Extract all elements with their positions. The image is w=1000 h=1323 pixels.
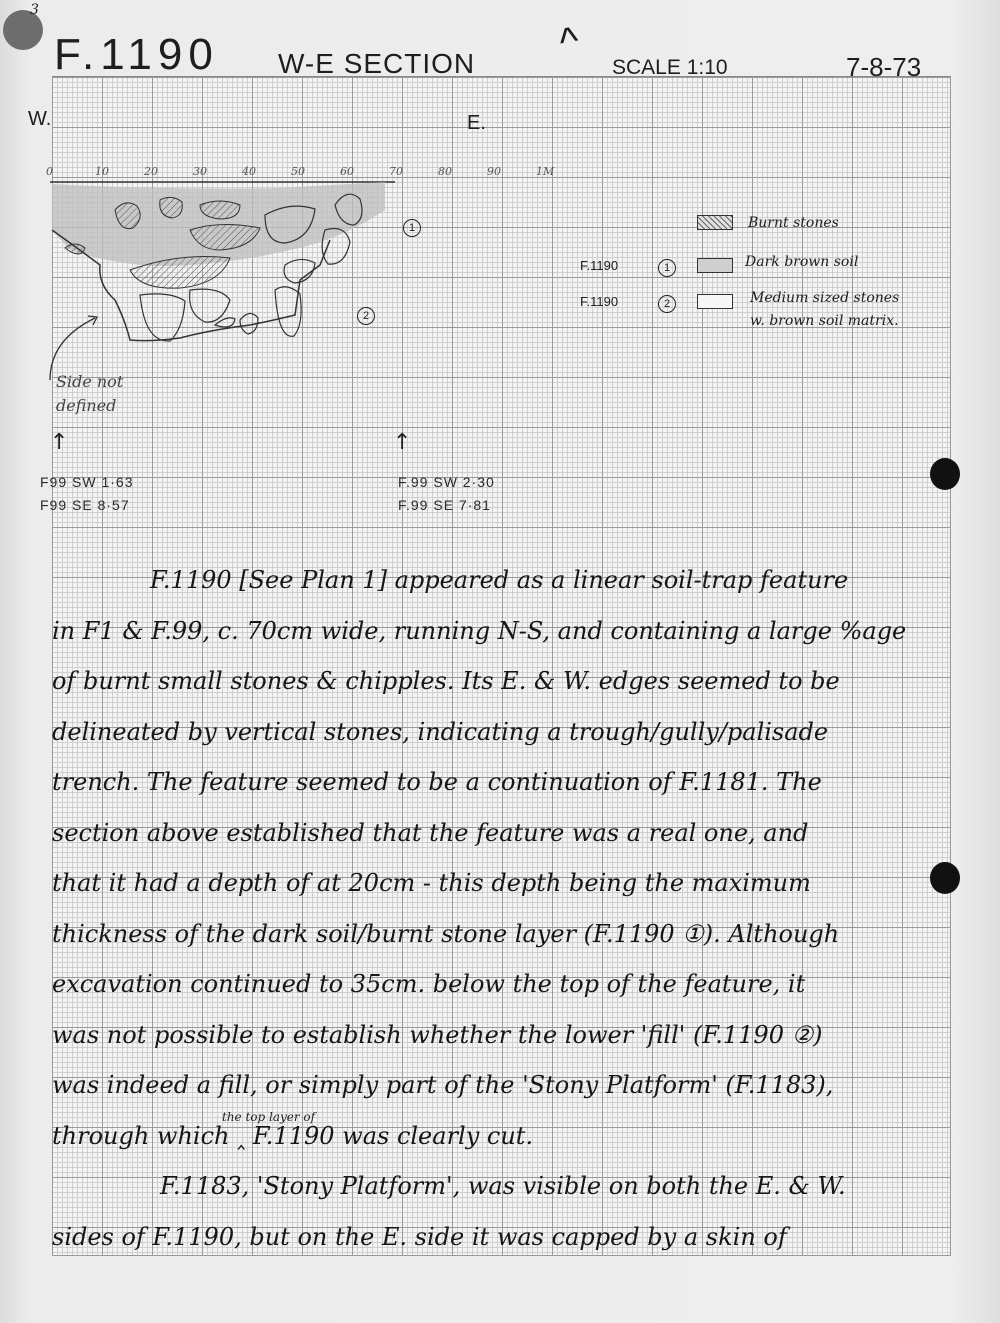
note-line: sides of F.1190, but on the E. side it w… [52,1223,787,1251]
annotation-line-1: Side not [56,372,123,391]
section-drawing [40,170,400,380]
north-arrow-icon: ^ [556,19,582,67]
note-line: was not possible to establish whether th… [52,1021,822,1049]
note-line: through which ‸ F.1190 was clearly cut. [52,1122,533,1150]
note-line: F.1183, 'Stony Platform', was visible on… [160,1172,846,1200]
annotation-line-2: defined [56,396,116,415]
text-insertion: the top layer of [222,1110,315,1124]
drawing-date: 7-8-73 [846,52,921,83]
note-line: that it had a depth of at 20cm - this de… [52,869,811,897]
punch-hole-icon [930,862,960,894]
scale-tick: 1M [536,165,554,178]
note-line: delineated by vertical stones, indicatin… [52,718,828,746]
note-line: F.1190 [See Plan 1] appeared as a linear… [150,566,848,594]
survey-ref: F.99 SE 7·81 [398,497,491,513]
survey-ref: F.99 SW 2·30 [398,474,495,490]
note-line: of burnt small stones & chipples. Its E.… [52,667,840,695]
arrow-up-icon: ↑ [50,430,68,455]
legend-feature: F.1190 [580,258,618,273]
legend-feature: F.1190 [580,294,618,309]
note-line: in F1 & F.99, c. 70cm wide, running N-S,… [52,617,906,645]
survey-ref: F99 SE 8·57 [40,497,130,513]
note-line: thickness of the dark soil/burnt stone l… [52,920,839,948]
west-label: W. [28,108,51,131]
legend-label: Medium sized stones [750,290,899,306]
note-line: trench. The feature seemed to be a conti… [52,768,822,796]
scale-tick: 80 [438,165,452,178]
note-line: section above established that the featu… [52,819,808,847]
legend-swatch-medium-stones [697,294,733,309]
feature-id: F.1190 [54,30,219,80]
legend-label: Dark brown soil [745,254,858,270]
east-label: E. [467,112,486,135]
legend-swatch-dark-soil [697,258,733,273]
legend-layer-marker: 2 [658,292,676,313]
legend-label: Burnt stones [748,215,839,231]
notebook-page: 3 F.1190 W-E SECTION ^ SCALE 1:10 7-8-73… [0,0,1000,1323]
note-line: excavation continued to 35cm. below the … [52,970,805,998]
layer-1-marker: 1 [403,218,421,237]
page-number: 3 [30,2,39,18]
punch-hole-icon [930,458,960,490]
legend-layer-marker: 1 [658,256,676,277]
layer-2-marker: 2 [357,306,375,325]
note-line: was indeed a fill, or simply part of the… [52,1071,833,1099]
legend-label: w. brown soil matrix. [750,313,899,329]
section-title: W-E SECTION [278,48,475,80]
survey-ref: F99 SW 1·63 [40,474,133,490]
arrow-up-icon: ↑ [393,430,411,455]
scale-tick: 90 [487,165,501,178]
drawing-scale: SCALE 1:10 [612,56,728,80]
legend-swatch-burnt-stones [697,215,733,230]
